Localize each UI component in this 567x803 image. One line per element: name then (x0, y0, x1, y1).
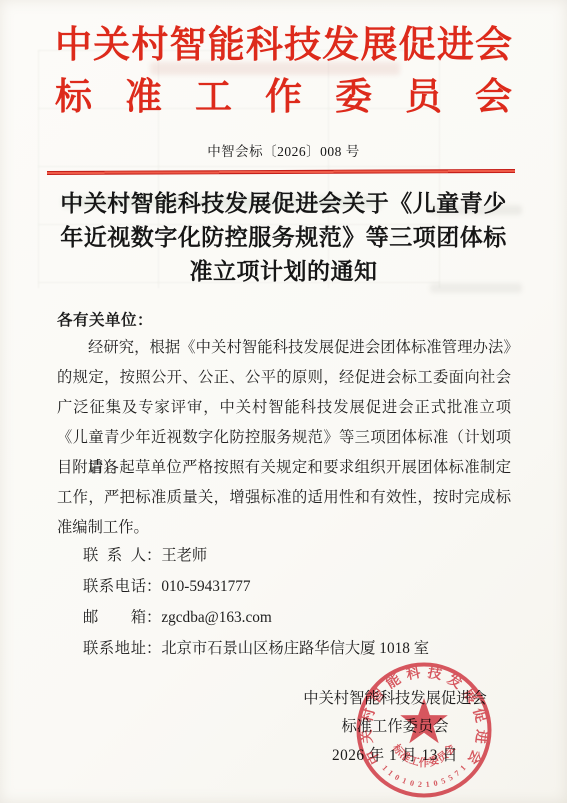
contact-person-row: 联系人：王老师 (57, 540, 511, 571)
document-number: 中智会标〔2026〕008 号 (0, 140, 567, 160)
notice-title-line-3: 准立项计划的通知 (45, 259, 522, 285)
contact-phone-label: 联系电话 (83, 571, 146, 602)
signature-org-name: 中关村智能科技发展促进会 (297, 686, 493, 708)
contact-info-block: 联系人：王老师 联系电话：010-59431777 邮箱：zgcdba@163.… (57, 540, 511, 664)
letterhead-org-name: 中关村智能科技发展促进会 (55, 26, 512, 66)
contact-email-row: 邮箱：zgcdba@163.com (57, 602, 511, 633)
contact-email-label: 邮箱 (83, 602, 146, 633)
colon: ： (146, 609, 161, 626)
notice-title-line-1: 中关村智能科技发展促进会关于《儿童青少 (45, 191, 522, 217)
colon: ： (146, 578, 161, 595)
body-paragraph-2: 请各起草单位严格按照有关规定和要求组织开展团体标准制定工作，严把标准质量关，增强… (57, 453, 511, 543)
notice-title-line-2: 年近视数字化防控服务规范》等三项团体标 (45, 225, 522, 251)
contact-address-row: 联系地址：北京市石景山区杨庄路华信大厦 1018 室 (57, 633, 511, 664)
contact-email-value: zgcdba@163.com (161, 609, 272, 626)
svg-text:110102105571: 110102105571 (380, 763, 468, 789)
colon: ： (146, 547, 161, 564)
scanned-notice-document: 中关村智能科技发展促进会 标准工作委员会 中智会标〔2026〕008 号 中关村… (0, 0, 567, 803)
contact-address-value: 北京市石景山区杨庄路华信大厦 1018 室 (161, 640, 429, 657)
letterhead-committee-name: 标准工作委员会 (55, 78, 512, 118)
seal-code-number: 110102105571 (380, 763, 468, 789)
contact-person-label: 联系人 (83, 540, 146, 571)
signature-committee-name: 标准工作委员会 (297, 714, 493, 736)
red-divider-rule (47, 169, 515, 175)
contact-address-label: 联系地址 (83, 633, 146, 664)
colon: ： (146, 640, 161, 657)
contact-phone-value: 010-59431777 (161, 578, 250, 595)
salutation: 各有关单位： (57, 308, 153, 330)
contact-person-value: 王老师 (161, 547, 207, 564)
signature-date: 2026 年 1 月 13 日 (297, 743, 493, 765)
contact-phone-row: 联系电话：010-59431777 (57, 571, 511, 602)
